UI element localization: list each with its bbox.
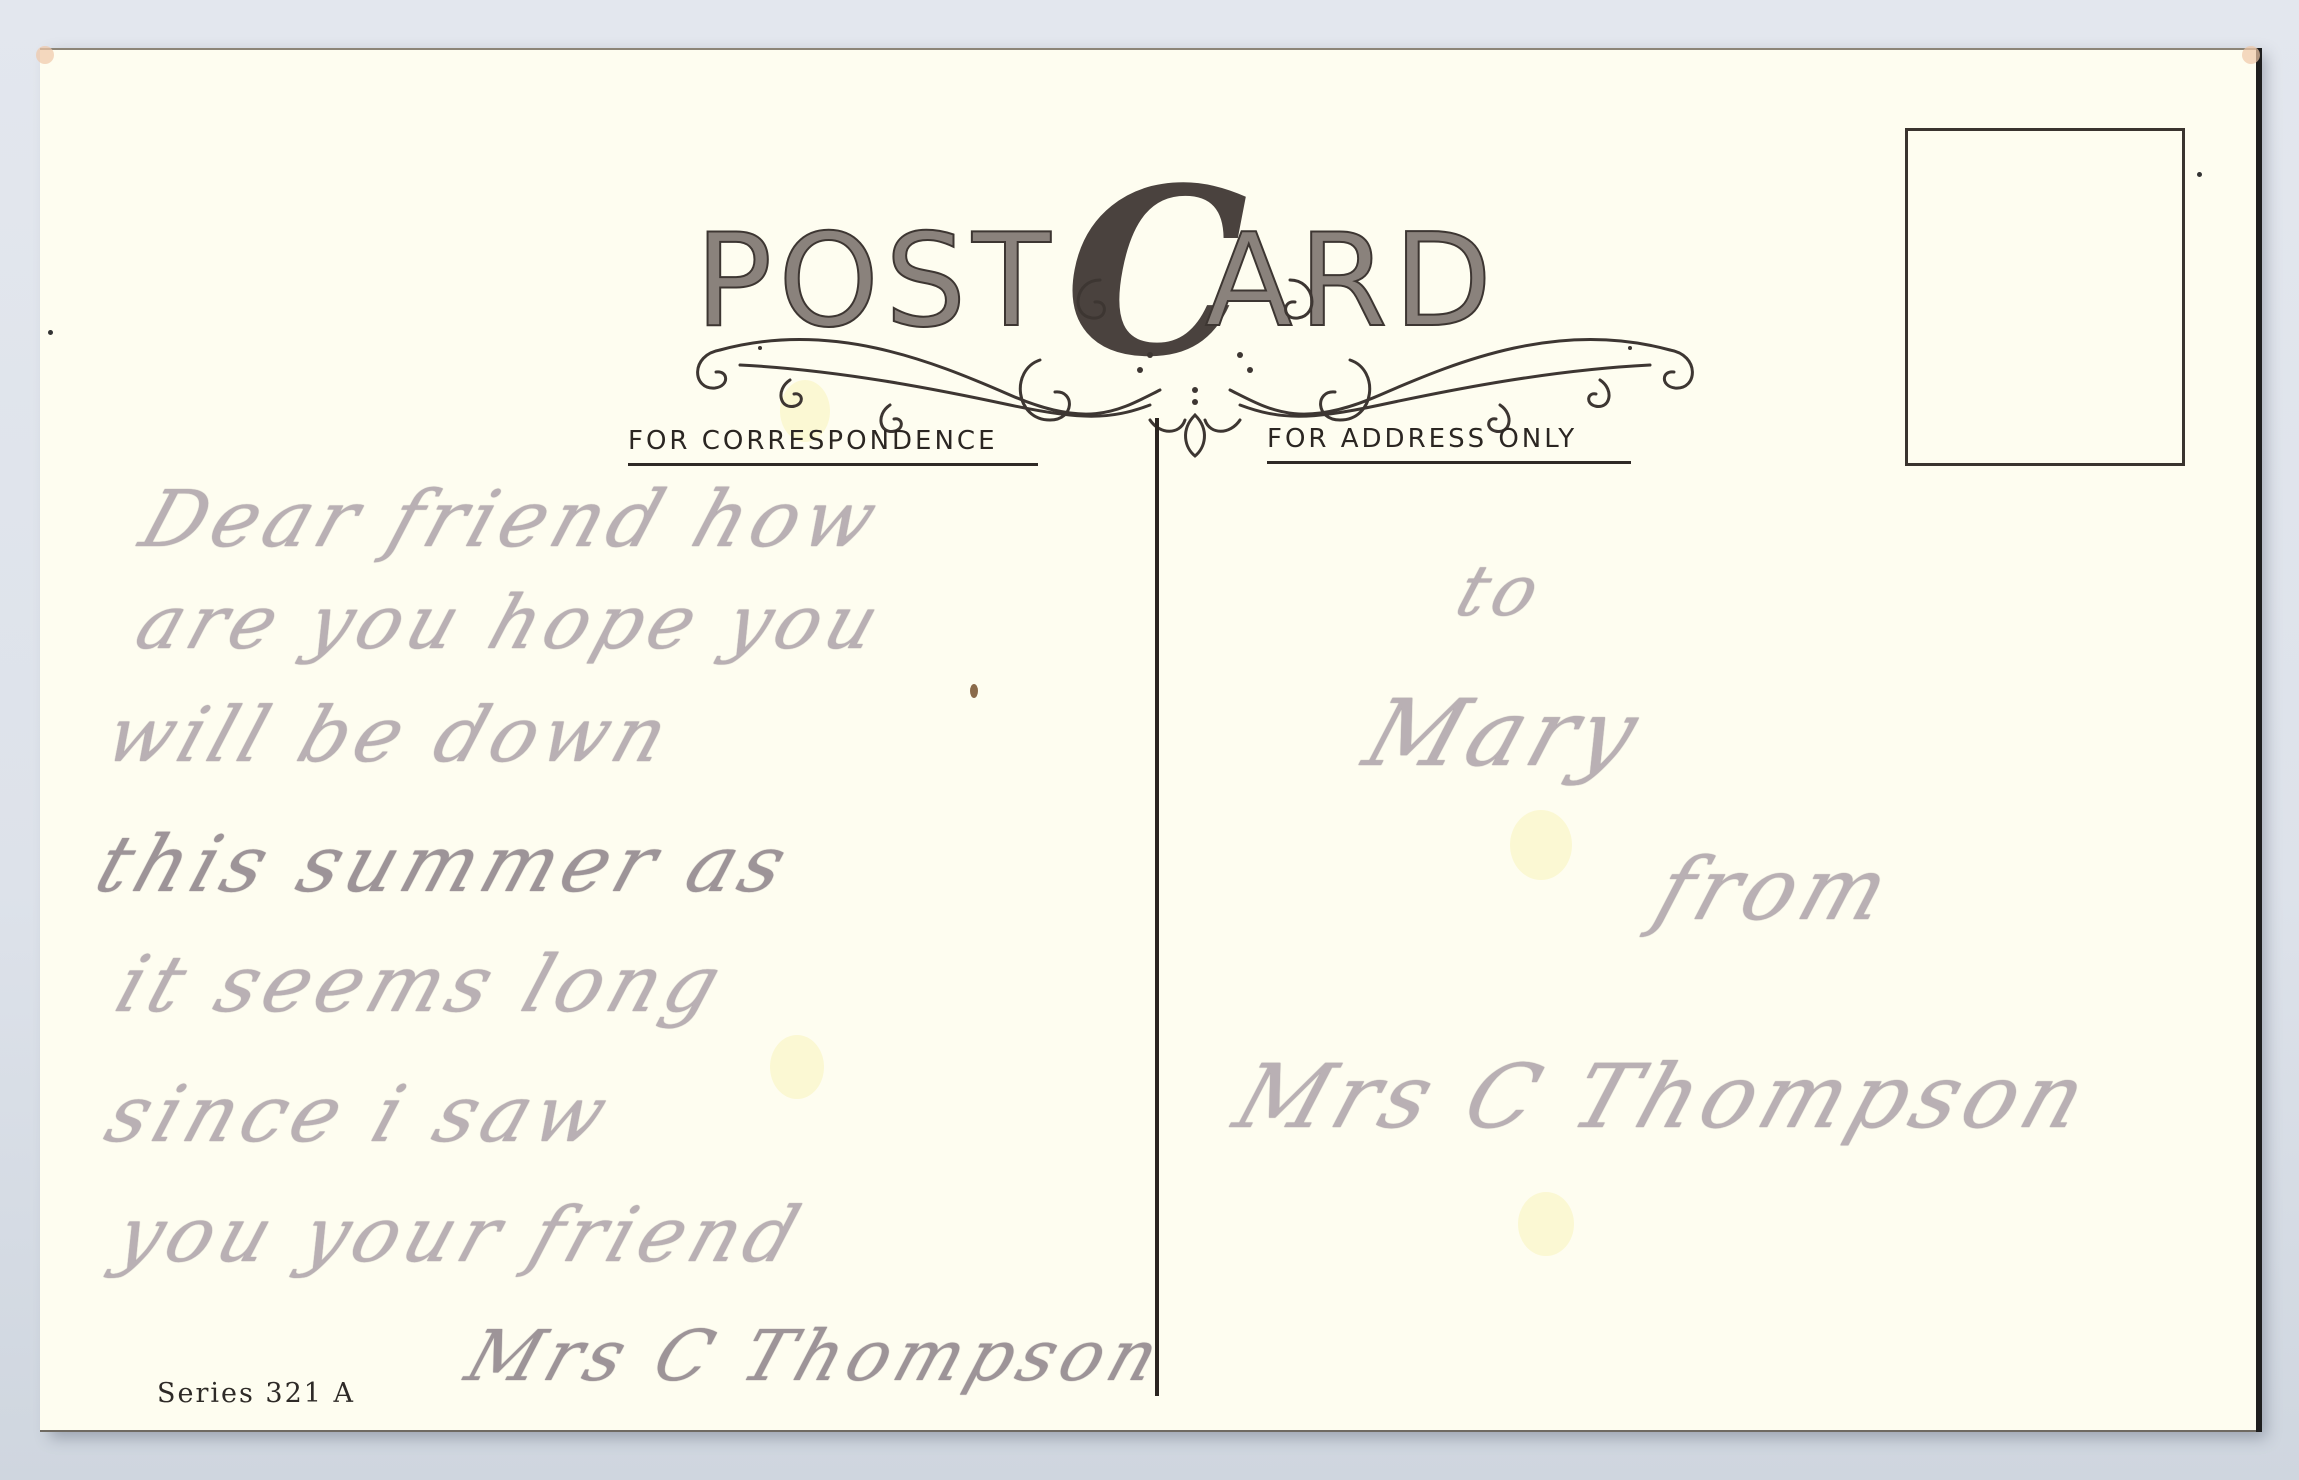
worn-corner: [2242, 46, 2260, 64]
message-line: this summer as: [85, 820, 803, 910]
message-line: Dear friend how: [130, 475, 893, 565]
message-line: it seems long: [105, 940, 737, 1030]
paper-spot: [1518, 1192, 1574, 1256]
correspondence-heading: FOR CORRESPONDENCE: [628, 426, 998, 456]
message-line: since i saw: [95, 1070, 623, 1160]
ink-speck: [2197, 172, 2202, 177]
message-signature: Mrs C Thompson: [457, 1315, 1175, 1397]
ink-speck: [48, 330, 53, 335]
address-sender: Mrs C Thompson: [1223, 1045, 2104, 1148]
paper-spot: [1510, 810, 1572, 880]
message-line: will be down: [96, 690, 685, 779]
address-from: from: [1644, 840, 1907, 940]
postcard-back: POST C ARD: [40, 48, 2256, 1432]
message-line: you your friend: [106, 1190, 816, 1279]
ink-speck: [970, 684, 978, 698]
address-recipient: Mary: [1353, 680, 1657, 787]
message-line: are you hope you: [126, 580, 895, 666]
center-divider: [1155, 418, 1159, 1396]
address-heading: FOR ADDRESS ONLY: [1267, 424, 1577, 454]
series-label: Series 321 A: [157, 1378, 355, 1409]
worn-corner: [36, 46, 54, 64]
correspondence-underline: [628, 463, 1038, 466]
address-to: to: [1447, 550, 1556, 632]
stamp-box: [1905, 128, 2185, 466]
address-underline: [1267, 461, 1631, 464]
paper-spot: [770, 1035, 824, 1099]
